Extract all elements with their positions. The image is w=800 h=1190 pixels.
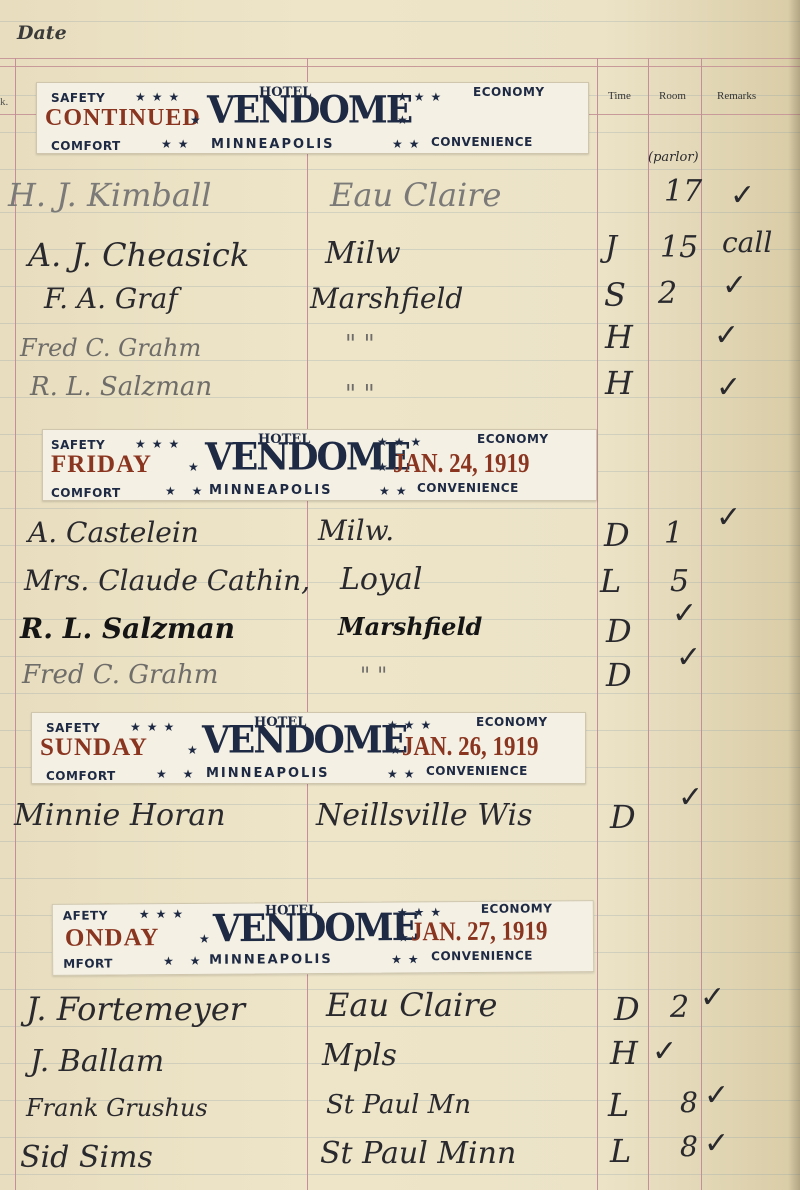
arrival-time: H	[610, 1034, 638, 1072]
stamp-word-comfort: COMFORT	[46, 769, 116, 783]
checkmark-icon: ✓	[716, 500, 741, 535]
star-icon: ★ ★	[163, 954, 206, 968]
arrival-time: D	[614, 990, 640, 1028]
guest-name: J. Fortemeyer	[26, 990, 245, 1028]
star-icon: ★★★	[139, 907, 189, 921]
column-rule	[648, 58, 649, 1190]
guest-city: " "	[345, 380, 375, 408]
stamp-word-convenience: CONVENIENCE	[431, 135, 533, 149]
stamp-word-safety: SAFETY	[46, 721, 100, 735]
guest-city: Milw	[325, 236, 401, 271]
checkmark-icon: ✓	[704, 1126, 729, 1161]
stamp-city: MINNEAPOLIS	[209, 952, 333, 968]
room-number: 2	[658, 276, 677, 311]
rule-line	[0, 58, 800, 59]
guest-name: Frank Grushus	[26, 1094, 208, 1122]
arrival-time: D	[606, 656, 632, 694]
stamp-word-safety: SAFETY	[51, 91, 105, 105]
arrival-time: H	[605, 318, 633, 356]
rule-line	[0, 66, 800, 67]
column-header-time: Time	[608, 90, 631, 102]
star-icon: ★	[188, 460, 205, 474]
checkmark-icon: ✓	[652, 1034, 677, 1069]
guest-city: St Paul Mn	[326, 1090, 471, 1120]
room-number: 17	[664, 174, 702, 209]
guest-name: R. L. Salzman	[30, 372, 212, 402]
stamp-word-safety: SAFETY	[51, 438, 105, 452]
checkmark-icon: ✓	[730, 178, 755, 213]
guest-name: A. Castelein	[28, 516, 199, 549]
arrival-time: H	[605, 364, 633, 402]
stamp-vendome: VENDOME	[213, 905, 417, 951]
stamp-word-convenience: CONVENIENCE	[417, 481, 519, 495]
arrival-time: D	[606, 612, 632, 650]
guest-name: R. L. Salzman	[20, 612, 235, 645]
remarks: call	[722, 226, 772, 259]
guest-city: St Paul Minn	[320, 1136, 516, 1171]
stamp-word-comfort: COMFORT	[51, 139, 121, 153]
stamp-word-convenience: CONVENIENCE	[431, 949, 533, 964]
checkmark-icon: ✓	[672, 596, 697, 631]
star-icon: ★★	[161, 137, 195, 151]
column-rule	[701, 58, 702, 1190]
room-number: 15	[660, 230, 698, 265]
star-icon: ★★★	[130, 720, 180, 734]
margin-rule	[15, 58, 16, 1190]
star-icon: ★★	[379, 484, 413, 498]
star-icon: ★	[190, 113, 207, 127]
stamp-word-economy: ECONOMY	[477, 432, 549, 446]
arrival-time: L	[600, 562, 621, 600]
stamp-word-safety: AFETY	[63, 909, 108, 923]
column-header-room: Room	[659, 90, 686, 102]
stamp-date: JAN. 24, 1919	[393, 448, 529, 479]
guest-city: " "	[360, 664, 387, 689]
star-icon: ★★★	[135, 437, 185, 451]
checkmark-icon: ✓	[700, 980, 725, 1015]
arrival-time: L	[608, 1086, 629, 1124]
stamp-word-economy: ECONOMY	[476, 715, 548, 729]
guest-name: J. Ballam	[30, 1044, 164, 1079]
arrival-time: L	[610, 1132, 631, 1170]
guest-city: Neillsville Wis	[316, 798, 533, 833]
hotel-stamp-sunday: SAFETY ★★★ SUNDAY ★ HOTEL VENDOME ★★★ EC…	[31, 712, 586, 784]
arrival-time: D	[604, 516, 630, 554]
guest-name: Minnie Horan	[14, 798, 226, 833]
stamp-day: SUNDAY	[40, 734, 148, 762]
checkmark-icon: ✓	[716, 370, 741, 405]
checkmark-icon: ✓	[722, 268, 747, 303]
column-header-remarks: Remarks	[717, 90, 756, 102]
guest-name: F. A. Graf	[44, 282, 178, 315]
column-rule	[597, 58, 598, 1190]
stamp-day: ONDAY	[65, 924, 160, 953]
guest-city: Eau Claire	[326, 986, 497, 1024]
guest-city: Loyal	[340, 562, 422, 597]
guest-city: Mpls	[322, 1038, 397, 1073]
guest-name: Fred C. Grahm	[22, 660, 218, 690]
star-icon: ★ ★	[165, 484, 208, 498]
register-page: Date k. Time Room Remarks SAFETY ★★★ CON…	[0, 0, 800, 1190]
star-icon: ★★★	[387, 718, 437, 732]
star-icon: ★★★	[135, 90, 185, 104]
guest-name: A. J. Cheasick	[28, 236, 249, 274]
stamp-city: MINNEAPOLIS	[206, 766, 330, 781]
star-icon: ★ ★	[156, 767, 199, 781]
guest-city: " "	[345, 330, 375, 358]
hotel-stamp-continued: SAFETY ★★★ CONTINUED ★ HOTEL VENDOME ★★★…	[36, 82, 589, 154]
guest-name: Mrs. Claude Cathin,	[24, 564, 310, 597]
room-number: 1	[664, 516, 683, 551]
hotel-stamp-monday: AFETY ★★★ ONDAY ★ HOTEL VENDOME ★★★ ECON…	[52, 900, 594, 976]
stamp-vendome: VENDOME	[207, 88, 411, 132]
date-label: Date	[17, 22, 67, 44]
guest-name: Sid Sims	[20, 1140, 153, 1175]
room-note: (parlor)	[648, 150, 699, 165]
arrival-time: J	[605, 230, 617, 265]
stamp-city: MINNEAPOLIS	[211, 137, 335, 152]
stamp-date: JAN. 27, 1919	[411, 915, 548, 947]
stamp-vendome: VENDOME	[202, 718, 406, 762]
star-icon: ★	[397, 113, 414, 127]
stamp-word-comfort: COMFORT	[51, 486, 121, 500]
guest-name: H. J. Kimball	[8, 176, 211, 214]
checkmark-icon: ✓	[714, 318, 739, 353]
room-number: 2	[670, 990, 689, 1025]
margin-fragment: k.	[0, 96, 8, 108]
star-icon: ★★★	[377, 435, 427, 449]
star-icon: ★★	[392, 137, 426, 151]
stamp-day: CONTINUED	[45, 105, 201, 132]
column-rule	[307, 58, 308, 1190]
room-number: 8	[680, 1130, 698, 1163]
hotel-stamp-friday: SAFETY ★★★ FRIDAY ★ HOTEL VENDOME ★★★ EC…	[42, 429, 597, 501]
stamp-word-economy: ECONOMY	[481, 901, 553, 915]
stamp-word-comfort: MFORT	[63, 956, 113, 970]
stamp-day: FRIDAY	[51, 451, 152, 479]
stamp-word-economy: ECONOMY	[473, 85, 545, 99]
stamp-date: JAN. 26, 1919	[402, 731, 538, 762]
star-icon: ★★	[387, 767, 421, 781]
checkmark-icon: ✓	[678, 780, 703, 815]
star-icon: ★★	[391, 952, 425, 966]
guest-city: Milw.	[318, 514, 394, 547]
arrival-time: D	[610, 798, 636, 836]
checkmark-icon: ✓	[676, 640, 701, 675]
arrival-time: S	[604, 276, 626, 314]
stamp-city: MINNEAPOLIS	[209, 483, 333, 498]
star-icon: ★	[377, 460, 394, 474]
checkmark-icon: ✓	[704, 1078, 729, 1113]
guest-city: Marshfield	[310, 282, 463, 315]
room-number: 5	[670, 564, 689, 599]
guest-city: Eau Claire	[330, 176, 501, 214]
guest-name: Fred C. Grahm	[20, 334, 201, 362]
star-icon: ★★★	[397, 90, 447, 104]
stamp-word-convenience: CONVENIENCE	[426, 764, 528, 778]
room-number: 8	[680, 1086, 698, 1119]
guest-city: Marshfield	[338, 612, 482, 641]
